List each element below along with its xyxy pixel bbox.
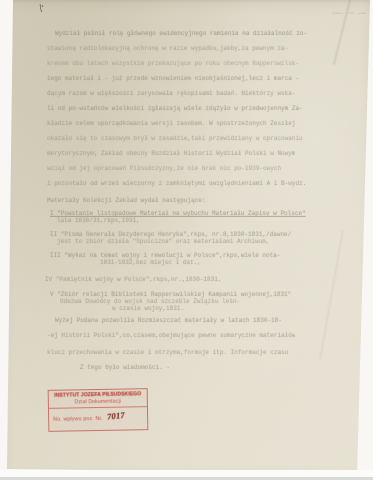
typewritten-line: V "Zbiór relacji Biblioteki Rapperswilsk…	[50, 291, 291, 298]
paper-sheet: Wydział pełnił rolę głównego ewidencyjne…	[0, 0, 373, 480]
stamp-accession-number: 7017	[107, 410, 126, 422]
typewritten-line: stawioną radiolokacyjną ochronę w razie …	[47, 45, 288, 52]
typewritten-line: Z tego było wiadomości. -	[80, 364, 170, 371]
typewritten-line: lata 1830/31,rkps,1931,	[57, 217, 140, 224]
typewritten-line: II "Pisma Generała Dezyderego Henryka",r…	[50, 231, 291, 238]
typewritten-line: kładzie celem uporządkowania wersji zaso…	[47, 120, 295, 127]
typewritten-line: iego materiał i - już przede wznowieniem…	[47, 75, 299, 82]
typewritten-line: merytorycznym; Zakład obecny Rozdział Hi…	[47, 150, 295, 157]
typewritten-line: -ej Historii Polski",co,czasem,obejmując…	[47, 332, 295, 339]
typewritten-line: li od po-wstańców wielkości zgłaszają wi…	[47, 105, 303, 112]
archive-stamp: INSTYTUT JÓZEFA PIŁSUDSKIEGO Dział Dokum…	[48, 388, 149, 432]
typewritten-line: Wyżej Podana pozwoliła Rozmieszczać mate…	[55, 317, 282, 324]
typewritten-line: kresem obu latach wszystkim przekazujące…	[47, 60, 299, 67]
typewritten-line: jest to zbiór dzieła "Spuścizna" oraz ma…	[57, 238, 269, 245]
typewritten-line: dącym razem w większości zarysowała ręko…	[47, 90, 295, 97]
typewritten-line: IV "Pamiętnik wojny w Polsce",rkps,nr.,1…	[45, 276, 221, 283]
stamp-accession-label: No. wpływu poz. Nr.	[53, 416, 103, 423]
typewritten-line: I "Powstanie listopadowe Materiał na wyb…	[50, 210, 306, 217]
typewritten-line: 1831-1832,bez miejsc i dat.,	[100, 259, 201, 266]
stamp-department: Dział Dokumentacji	[49, 398, 147, 406]
typewritten-line: Materiały Kolekcji Zakład wydał następuj…	[47, 197, 205, 204]
stamp-divider	[49, 406, 147, 409]
typewritten-line: III "Wykaz na temat wojny i rewolucji w …	[50, 252, 280, 259]
scanned-page: Wydział pełnił rolę głównego ewidencyjne…	[0, 0, 373, 480]
typewritten-line: wziął od jej opracowań Piłsudczyzny,że n…	[47, 165, 281, 172]
typewritten-line: i pozostało od wrześ wieczorny z zamknię…	[47, 180, 306, 187]
typewritten-line: w czasie wojny,1831.	[112, 305, 184, 312]
typewritten-line: klucz przechowania w czasie i otrzyma,fo…	[47, 349, 288, 356]
typewritten-line: okazało się to czasowym brył w zasadzie,…	[47, 135, 303, 142]
typewritten-line: Odezwa Dowódcy do wojsk nad szczeble Zwi…	[60, 298, 240, 305]
typewritten-line: Wydział pełnił rolę głównego ewidencyjne…	[55, 30, 307, 37]
